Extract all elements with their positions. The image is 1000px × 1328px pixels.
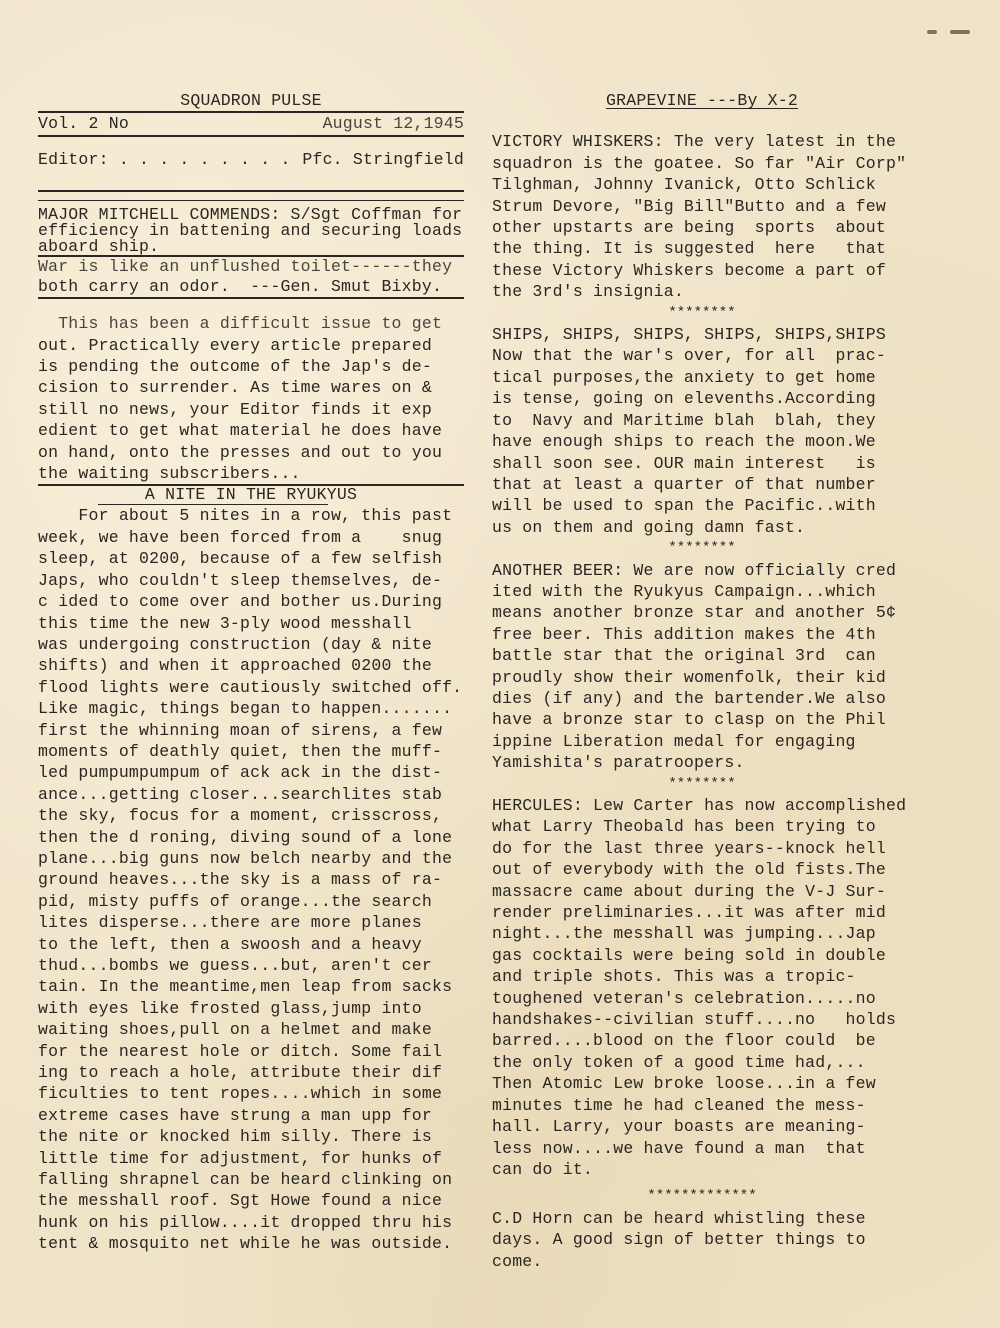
editorial-line: is pending the outcome of the Jap's de- [38, 356, 464, 377]
article-title: A NITE IN THE RYUKYUS [38, 486, 464, 504]
editor-label: Editor: . . . . . . . . . [38, 149, 291, 170]
commendation-notice: MAJOR MITCHELL COMMENDS: S/Sgt Coffman f… [38, 207, 464, 255]
editorial-line: edient to get what material he does have [38, 420, 464, 441]
item-line: have enough ships to reach the moon.We [492, 431, 912, 452]
article-line: Like magic, things began to happen......… [38, 698, 464, 719]
issue-date: August 12,1945 [323, 113, 464, 134]
grapevine-header: GRAPEVINE ---By X-2 [492, 90, 912, 111]
item-line: barred....blood on the floor could be [492, 1030, 912, 1051]
article-line: shifts) and when it approached 0200 the [38, 655, 464, 676]
article-line: pid, misty puffs of orange...the search [38, 891, 464, 912]
article-line: sleep, at 0200, because of a few selfish [38, 548, 464, 569]
editorial-line: This has been a difficult issue to get [38, 313, 464, 334]
editorial-line: on hand, onto the presses and out to you [38, 442, 464, 463]
item-line: means another bronze star and another 5¢ [492, 602, 912, 623]
item-line: out of everybody with the old fists.The [492, 859, 912, 880]
item-line: other upstarts are being sports about [492, 217, 912, 238]
editor-row: Editor: . . . . . . . . . Pfc. Stringfie… [38, 149, 464, 170]
item-line: night...the messhall was jumping...Jap [492, 923, 912, 944]
item-line: ited with the Ryukyus Campaign...which [492, 581, 912, 602]
item-line: render preliminaries...it was after mid [492, 902, 912, 923]
article-line: flood lights were cautiously switched of… [38, 677, 464, 698]
item-line: ippine Liberation medal for engaging [492, 731, 912, 752]
article-line: this time the new 3-ply wood messhall [38, 613, 464, 634]
article-line: tent & mosquito net while he was outside… [38, 1233, 464, 1254]
editorial-line: still no news, your Editor finds it exp [38, 399, 464, 420]
item-line: the thing. It is suggested here that [492, 238, 912, 259]
grapevine-item-hercules: HERCULES: Lew Carter has now accomplishe… [492, 795, 912, 1208]
masthead-issue-row: Vol. 2 No August 12,1945 [38, 113, 464, 134]
issue-rule [38, 135, 464, 137]
article-line: for the nearest hole or ditch. Some fail [38, 1041, 464, 1062]
item-line: shall soon see. OUR main interest is [492, 453, 912, 474]
article-line: to the left, then a swoosh and a heavy [38, 934, 464, 955]
article-line: week, we have been forced from a snug [38, 527, 464, 548]
item-line: C.D Horn can be heard whistling these [492, 1208, 912, 1229]
item-line: free beer. This addition makes the 4th [492, 624, 912, 645]
article-line: falling shrapnel can be heard clinking o… [38, 1169, 464, 1190]
item-line: to Navy and Maritime blah blah, they [492, 410, 912, 431]
article-line: c ided to come over and bother us.During [38, 591, 464, 612]
item-line: squadron is the goatee. So far "Air Corp… [492, 153, 912, 174]
quote-block: War is like an unflushed toilet------the… [38, 257, 464, 297]
item-line: the only token of a good time had,... [492, 1052, 912, 1073]
article-line: waiting shoes,pull on a helmet and make [38, 1019, 464, 1040]
item-line: HERCULES: Lew Carter has now accomplishe… [492, 795, 912, 816]
article-line: plane...big guns now belch nearby and th… [38, 848, 464, 869]
article-line: For about 5 nites in a row, this past [38, 505, 464, 526]
editorial-line: cision to surrender. As time wares on & [38, 377, 464, 398]
article-line: ing to reach a hole, attribute their dif [38, 1062, 464, 1083]
editor-name: Pfc. Stringfield [302, 149, 464, 170]
item-line: gas cocktails were being sold in double [492, 945, 912, 966]
quote-line: both carry an odor. ---Gen. Smut Bixby. [38, 277, 464, 297]
item-line: and triple shots. This was a tropic- [492, 966, 912, 987]
grapevine-title: GRAPEVINE ---By X-2 [606, 91, 798, 110]
separator-stars: ******** [492, 303, 912, 324]
item-line: Now that the war's over, for all prac- [492, 345, 912, 366]
item-line: SHIPS, SHIPS, SHIPS, SHIPS, SHIPS,SHIPS [492, 324, 912, 345]
article-line: hunk on his pillow....it dropped thru hi… [38, 1212, 464, 1233]
article-line: the sky, focus for a moment, crisscross, [38, 805, 464, 826]
item-line: will be used to span the Pacific..with [492, 495, 912, 516]
article-line: first the whinning moan of sirens, a few [38, 720, 464, 741]
item-line: these Victory Whiskers become a part of [492, 260, 912, 281]
quote-line: War is like an unflushed toilet------the… [38, 257, 464, 277]
grapevine-item-ships: SHIPS, SHIPS, SHIPS, SHIPS, SHIPS,SHIPS … [492, 324, 912, 559]
article-line: lites disperse...there are more planes [38, 912, 464, 933]
article-line: Japs, who couldn't sleep themselves, de- [38, 570, 464, 591]
quote-rule [38, 297, 464, 299]
item-line: us on them and going damn fast. [492, 517, 912, 538]
item-line: come. [492, 1251, 912, 1272]
editorial-line: out. Practically every article prepared [38, 335, 464, 356]
item-line: what Larry Theobald has been trying to [492, 816, 912, 837]
item-line: that at least a quarter of that number [492, 474, 912, 495]
item-line: tical purposes,the anxiety to get home [492, 367, 912, 388]
separator-stars: ******** [492, 538, 912, 559]
editorial-line: the waiting subscribers... [38, 463, 464, 484]
article-line: moments of deathly quiet, then the muff- [38, 741, 464, 762]
article-line: tain. In the meantime,men leap from sack… [38, 976, 464, 997]
item-line: Tilghman, Johnny Ivanick, Otto Schlick [492, 174, 912, 195]
article-line: little time for adjustment, for hunks of [38, 1148, 464, 1169]
article-line: led pumpumpumpum of ack ack in the dist- [38, 762, 464, 783]
item-line: hall. Larry, your boasts are meaning- [492, 1116, 912, 1137]
article-line: the nite or knocked him silly. There is [38, 1126, 464, 1147]
article-line: then the d roning, diving sound of a lon… [38, 827, 464, 848]
grapevine-item-victory-whiskers: VICTORY WHISKERS: The very latest in the… [492, 131, 912, 324]
item-line: proudly show their womenfolk, their kid [492, 667, 912, 688]
item-line: Then Atomic Lew broke loose...in a few [492, 1073, 912, 1094]
item-line: days. A good sign of better things to [492, 1229, 912, 1250]
separator-stars: ************* [492, 1186, 912, 1207]
volume-number: Vol. 2 No [38, 113, 129, 134]
item-line: ANOTHER BEER: We are now officially cred [492, 560, 912, 581]
article-line: thud...bombs we guess...but, aren't cer [38, 955, 464, 976]
item-line: is tense, going on elevenths.According [492, 388, 912, 409]
article-line: ficulties to tent ropes....which in some [38, 1083, 464, 1104]
editorial-note: This has been a difficult issue to get o… [38, 313, 464, 484]
ink-smudge [927, 30, 937, 34]
ink-smudge [950, 30, 970, 34]
grapevine-item-horn: C.D Horn can be heard whistling these da… [492, 1208, 912, 1272]
article-line: ance...getting closer...searchlites stab [38, 784, 464, 805]
article-body: For about 5 nites in a row, this past we… [38, 505, 464, 1254]
item-line: minutes time he had cleaned the mess- [492, 1095, 912, 1116]
item-line: massacre came about during the V-J Sur- [492, 881, 912, 902]
grapevine-item-another-beer: ANOTHER BEER: We are now officially cred… [492, 560, 912, 795]
item-line: do for the last three years--knock hell [492, 838, 912, 859]
item-line: can do it. [492, 1159, 912, 1180]
section-rule [38, 200, 464, 201]
item-line: dies (if any) and the bartender.We also [492, 688, 912, 709]
article-line: ground heaves...the sky is a mass of ra- [38, 869, 464, 890]
item-line: Yamishita's paratroopers. [492, 752, 912, 773]
item-line: VICTORY WHISKERS: The very latest in the [492, 131, 912, 152]
left-column: SQUADRON PULSE Vol. 2 No August 12,1945 … [38, 90, 464, 1255]
item-line: handshakes--civilian stuff....no holds [492, 1009, 912, 1030]
item-line: have a bronze star to clasp on the Phil [492, 709, 912, 730]
separator-stars: ******** [492, 774, 912, 795]
item-line: the 3rd's insignia. [492, 281, 912, 302]
right-column: GRAPEVINE ---By X-2 VICTORY WHISKERS: Th… [492, 90, 912, 1272]
section-rule [38, 190, 464, 192]
article-line: extreme cases have strung a man upp for [38, 1105, 464, 1126]
commendation-line: aboard ship. [38, 239, 464, 255]
item-line: battle star that the original 3rd can [492, 645, 912, 666]
newsletter-page: SQUADRON PULSE Vol. 2 No August 12,1945 … [0, 0, 1000, 1328]
article-line: with eyes like frosted glass,jump into [38, 998, 464, 1019]
item-line: toughened veteran's celebration.....no [492, 988, 912, 1009]
article-line: the messhall roof. Sgt Howe found a nice [38, 1190, 464, 1211]
item-line: Strum Devore, "Big Bill"Butto and a few [492, 196, 912, 217]
masthead-title: SQUADRON PULSE [38, 90, 464, 111]
article-line: was undergoing construction (day & nite [38, 634, 464, 655]
item-line: less now....we have found a man that [492, 1138, 912, 1159]
